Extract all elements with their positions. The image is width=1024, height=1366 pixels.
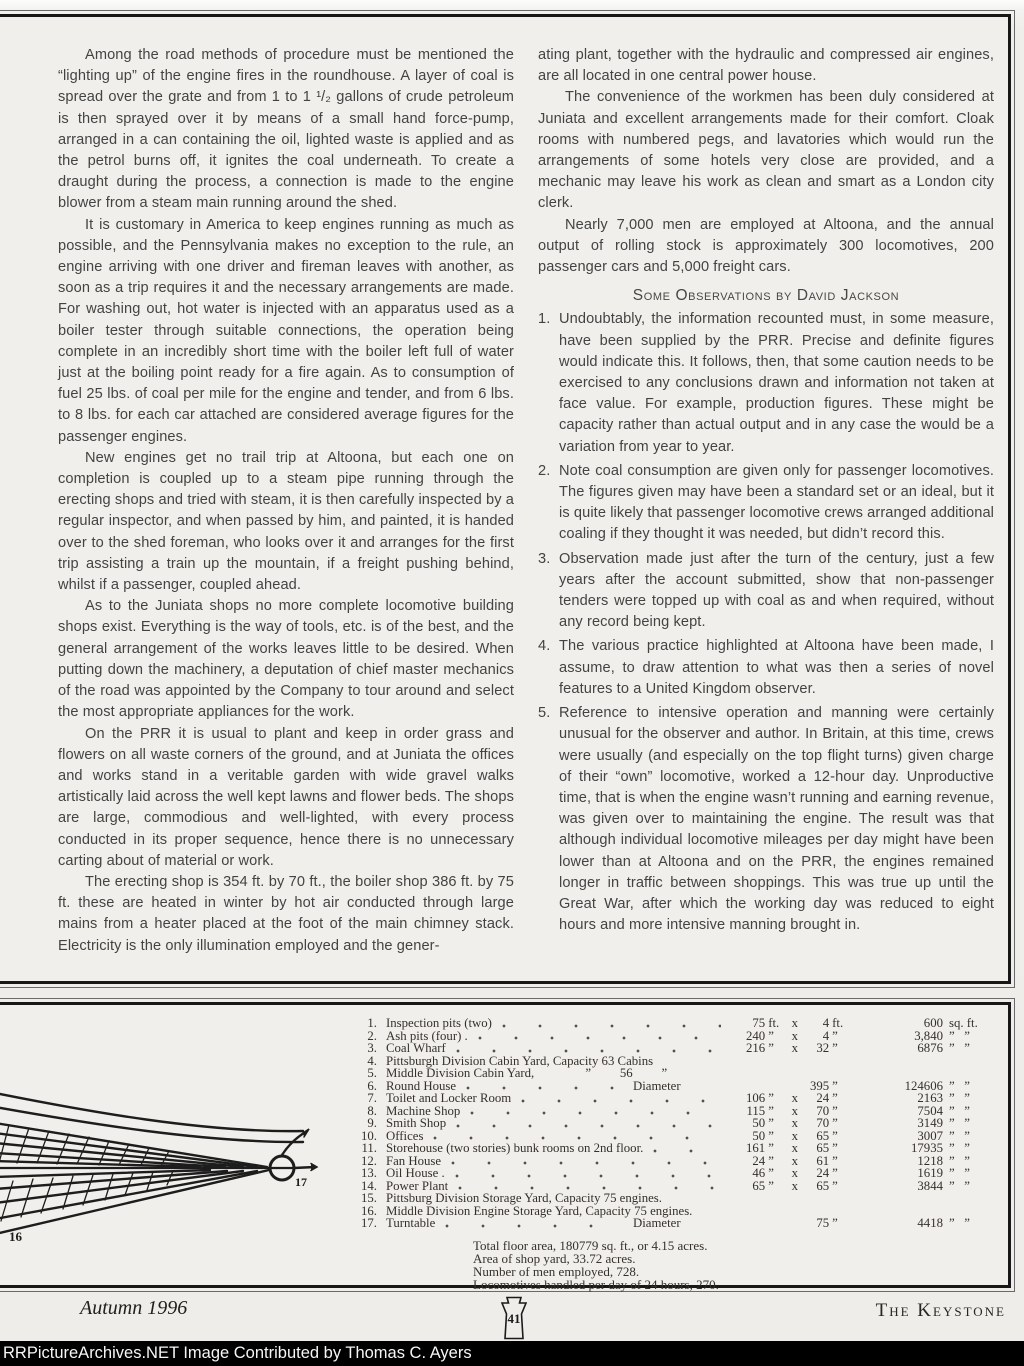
row-dimensions: 216”x32” [729, 1042, 855, 1055]
watermark-bar: RRPictureArchives.NET Image Contributed … [0, 1341, 1024, 1366]
dimension-length-unit: ” [765, 1042, 787, 1055]
area-value: 600 [855, 1017, 943, 1030]
area-value: 1619 [855, 1167, 943, 1180]
table-row: 7.Toilet and Locker Room106”x24”2163” ” [351, 1092, 995, 1105]
dot-leader [455, 1174, 721, 1178]
table-row: 15.Pittsburg Division Storage Yard, Capa… [351, 1192, 995, 1205]
row-dimensions: 106”x24” [729, 1092, 855, 1105]
area-unit: ” ” [943, 1180, 995, 1193]
area-unit: ” ” [943, 1042, 995, 1055]
dot-leader [466, 1086, 625, 1090]
dot-leader [458, 1186, 721, 1190]
table-row: 5.Middle Division Cabin Yard, ” 56 ” [351, 1067, 995, 1080]
facilities-table: 1.Inspection pits (two)75ft.x4ft.600sq. … [351, 1017, 995, 1291]
row-name: Inspection pits (two) [386, 1017, 492, 1030]
row-area: 4418” ” [855, 1217, 995, 1230]
observation-text: Undoubtably, the information recounted m… [559, 309, 994, 457]
row-number: 9. [351, 1117, 386, 1130]
dimension-length: 75 [729, 1017, 765, 1030]
article-column-right: ating plant, together with the hydraulic… [538, 45, 994, 936]
track-diagram: 16 17 [0, 1071, 331, 1283]
watermark-text: RRPictureArchives.NET Image Contributed … [3, 1344, 472, 1362]
track-line [0, 1107, 303, 1142]
diagram-label-turntable: 17 [295, 1175, 307, 1189]
dimension-length-unit: ” [765, 1117, 787, 1130]
yard-track [0, 1170, 269, 1234]
footer-page-number: 41 [508, 1311, 521, 1326]
area-unit: ” ” [943, 1117, 995, 1130]
article-column-left: Among the road methods of procedure must… [58, 45, 514, 957]
row-dimensions: 161”x65” [729, 1142, 855, 1155]
row-area: 1619” ” [855, 1167, 995, 1180]
article-paragraph: It is customary in America to keep engin… [58, 215, 514, 448]
row-number: 11. [351, 1142, 386, 1155]
area-value: 3844 [855, 1180, 943, 1193]
observation-item: 2.Note coal consumption are given only f… [538, 461, 994, 546]
observation-number: 2. [538, 461, 559, 546]
row-dimensions: 50”x70” [729, 1117, 855, 1130]
article-paragraph: The convenience of the workmen has been … [538, 87, 994, 214]
totals-line: Locomotives handled per day of 24 hours,… [473, 1278, 995, 1291]
article-box-frame: Among the road methods of procedure must… [0, 10, 1015, 988]
keystone-page-icon: 41 [499, 1296, 529, 1340]
scanned-magazine-page: { "article": { "left_column": { "paragra… [0, 0, 1024, 1366]
row-name: Turntable [386, 1217, 435, 1230]
dimension-x: x [787, 1117, 802, 1130]
dimension-width: 65 [802, 1180, 829, 1193]
diagram-label-yard: 16 [9, 1229, 23, 1244]
dimension-x: x [787, 1142, 802, 1155]
area-value: 6876 [855, 1042, 943, 1055]
row-diameter-label: Diameter [633, 1217, 729, 1230]
dimension-width-unit: ” [829, 1042, 855, 1055]
row-area: 17935” ” [855, 1142, 995, 1155]
table-row: 1.Inspection pits (two)75ft.x4ft.600sq. … [351, 1017, 995, 1030]
observation-item: 3.Observation made just after the turn o… [538, 549, 994, 634]
dot-leader [653, 1149, 721, 1153]
article-paragraph: Among the road methods of procedure must… [58, 45, 514, 215]
row-number: 3. [351, 1042, 386, 1055]
area-unit: ” ” [943, 1167, 995, 1180]
dimension-width-unit: ” [829, 1092, 855, 1105]
area-value: 3149 [855, 1117, 943, 1130]
dimension-width: 65 [802, 1142, 829, 1155]
table-row: 11.Storehouse (two stories) bunk rooms o… [351, 1142, 995, 1155]
footer-magazine-title: The Keystone [876, 1300, 1006, 1322]
row-area: 600sq. ft. [855, 1017, 995, 1030]
row-dimensions: 65”x65” [729, 1180, 855, 1193]
area-unit: sq. ft. [943, 1017, 995, 1030]
dimension-length: 50 [729, 1117, 765, 1130]
article-paragraph: On the PRR it is usual to plant and keep… [58, 724, 514, 872]
dimension-x: x [787, 1180, 802, 1193]
facilities-totals: Total floor area, 180779 sq. ft., or 4.1… [473, 1239, 995, 1292]
dimension-length-unit: ” [765, 1167, 787, 1180]
dimension-width-unit: ” [829, 1117, 855, 1130]
article-paragraph: The erecting shop is 354 ft. by 70 ft., … [58, 872, 514, 957]
observations-list: 1.Undoubtably, the information recounted… [538, 309, 994, 936]
table-row: 13.Oil House .46”x24”1619” ” [351, 1167, 995, 1180]
dot-leader [445, 1224, 625, 1228]
dot-leader [502, 1024, 721, 1028]
observation-item: 4.The various practice highlighted at Al… [538, 636, 994, 700]
dimension-length-unit: ” [765, 1142, 787, 1155]
row-number: 15. [351, 1192, 386, 1205]
row-name: Oil House . [386, 1167, 445, 1180]
area-unit: ” ” [943, 1142, 995, 1155]
dot-leader [521, 1099, 721, 1103]
observation-item: 1.Undoubtably, the information recounted… [538, 309, 994, 457]
observations-heading: Some Observations by David Jackson [538, 285, 994, 306]
dimension-length: 65 [729, 1180, 765, 1193]
row-number: 7. [351, 1092, 386, 1105]
dimension-width-unit: ft. [829, 1017, 855, 1030]
article-column-right-paragraphs: ating plant, together with the hydraulic… [538, 45, 994, 278]
area-value: 17935 [855, 1142, 943, 1155]
article-paragraph: As to the Juniata shops no more complete… [58, 596, 514, 723]
article-paragraph: New engines get no trail trip at Altoona… [58, 448, 514, 596]
dimension-width-unit: ” [829, 1167, 855, 1180]
row-number: 13. [351, 1167, 386, 1180]
observation-text: Reference to intensive operation and man… [559, 703, 994, 936]
row-area: 3844” ” [855, 1180, 995, 1193]
table-row: 17.TurntableDiameter75”4418” ” [351, 1217, 995, 1230]
row-area: 6876” ” [855, 1042, 995, 1055]
observation-number: 3. [538, 549, 559, 634]
dimension-length: 161 [729, 1142, 765, 1155]
dimension-length-unit: ” [765, 1092, 787, 1105]
facilities-rows: 1.Inspection pits (two)75ft.x4ft.600sq. … [351, 1017, 995, 1230]
dimension-x: x [787, 1042, 802, 1055]
observation-number: 4. [538, 636, 559, 700]
area-unit: ” ” [943, 1092, 995, 1105]
row-name: Pittsburg Division Storage Yard, Capacit… [386, 1192, 662, 1205]
dimension-width: 70 [802, 1117, 829, 1130]
row-dimensions: 46”x24” [729, 1167, 855, 1180]
dot-leader [456, 1124, 721, 1128]
row-name: Coal Wharf [386, 1042, 446, 1055]
article-paragraph: Nearly 7,000 men are employed at Altoona… [538, 215, 994, 279]
table-row: 8.Machine Shop115”x70”7504” ” [351, 1105, 995, 1118]
article-box: Among the road methods of procedure must… [0, 14, 1011, 984]
dimension-x: x [787, 1017, 802, 1030]
dimension-width: 75 [802, 1217, 829, 1230]
observation-text: Note coal consumption are given only for… [559, 461, 994, 546]
footer-issue-date: Autumn 1996 [80, 1297, 187, 1320]
row-dimensions: 75ft.x4ft. [729, 1017, 855, 1030]
arrowhead-icon [311, 1164, 317, 1171]
dimension-width-unit: ” [829, 1180, 855, 1193]
dot-leader [470, 1111, 721, 1115]
observation-number: 5. [538, 703, 559, 936]
totals-line: Total floor area, 180779 sq. ft., or 4.1… [473, 1239, 995, 1252]
track-line [0, 1093, 303, 1131]
row-name: Storehouse (two stories) bunk rooms on 2… [386, 1142, 643, 1155]
dimension-length-unit: ft. [765, 1017, 787, 1030]
dimension-length-unit: ” [765, 1180, 787, 1193]
area-value: 2163 [855, 1092, 943, 1105]
table-row: 3.Coal Wharf216”x32”6876” ” [351, 1042, 995, 1055]
observation-item: 5.Reference to intensive operation and m… [538, 703, 994, 936]
dimension-width-unit: ” [829, 1217, 855, 1230]
row-area: 2163” ” [855, 1092, 995, 1105]
row-dimensions: 75” [729, 1217, 855, 1230]
row-number: 1. [351, 1017, 386, 1030]
totals-line: Area of shop yard, 33.72 acres. [473, 1252, 995, 1265]
row-name: Middle Division Cabin Yard, ” 56 ” [386, 1067, 667, 1080]
row-name: Smith Shop [386, 1117, 446, 1130]
area-value: 4418 [855, 1217, 943, 1230]
dimension-width: 32 [802, 1042, 829, 1055]
observation-text: The various practice highlighted at Alto… [559, 636, 994, 700]
row-name: Toilet and Locker Room [386, 1092, 511, 1105]
dimension-width: 24 [802, 1167, 829, 1180]
dimension-length: 216 [729, 1042, 765, 1055]
article-paragraph: ating plant, together with the hydraulic… [538, 45, 994, 87]
facilities-box: 16 17 1.Inspection pits (two)75ft.x4ft.6… [0, 1002, 1011, 1288]
table-row: 12.Fan House24”x61”1218” ” [351, 1155, 995, 1168]
row-area: 3149” ” [855, 1117, 995, 1130]
row-number: 5. [351, 1067, 386, 1080]
area-unit: ” ” [943, 1217, 995, 1230]
row-diameter-label: Diameter [633, 1080, 729, 1093]
row-number: 17. [351, 1217, 386, 1230]
table-row: 2.Ash pits (four) .240”x4”3,840” ” [351, 1030, 995, 1043]
dot-leader [478, 1036, 721, 1040]
dot-leader [451, 1161, 721, 1165]
dimension-width: 24 [802, 1092, 829, 1105]
dimension-x: x [787, 1092, 802, 1105]
dimension-x: x [787, 1167, 802, 1180]
dimension-width-unit: ” [829, 1142, 855, 1155]
observation-text: Observation made just after the turn of … [559, 549, 994, 634]
dot-leader [433, 1136, 721, 1140]
dimension-width: 4 [802, 1017, 829, 1030]
dimension-length: 106 [729, 1092, 765, 1105]
facilities-box-frame: 16 17 1.Inspection pits (two)75ft.x4ft.6… [0, 998, 1015, 1292]
dimension-length: 46 [729, 1167, 765, 1180]
observation-number: 1. [538, 309, 559, 457]
table-row: 9.Smith Shop50”x70”3149” ” [351, 1117, 995, 1130]
dot-leader [456, 1049, 721, 1053]
arrowhead-icon [303, 1129, 309, 1137]
